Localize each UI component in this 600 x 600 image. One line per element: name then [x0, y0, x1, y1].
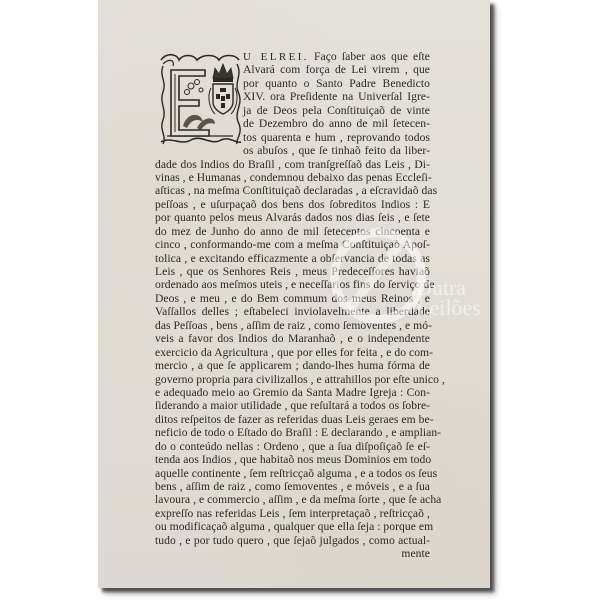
text-line: dade dos Indios do Braſil , com tranſgre… — [155, 158, 430, 171]
catchword: mente — [155, 547, 430, 560]
text-line: neficio de todo o Eſtado do Braſil : E d… — [155, 426, 430, 439]
document-text: U ELREI. Faço ſaber aos que eſte Alvará … — [155, 50, 430, 561]
viewer-stage: U ELREI. Faço ſaber aos que eſte Alvará … — [0, 0, 600, 600]
text-line: Leis , que os Senhores Reis , meus Prede… — [155, 265, 430, 278]
opening-caps: U ELREI. — [243, 51, 309, 63]
text-line: exercicio da Agricultura , que por elles… — [155, 346, 430, 359]
text-line: XIV. ora Preſidente na Univerſal Igre- — [243, 90, 430, 103]
text-line: veis a favor dos Indios do Maranhaõ , e … — [155, 332, 430, 345]
text-line: peſſoas , e uſurpaçaõ dos bens dos ſobre… — [155, 198, 430, 211]
text-line: tos quarenta e hum , reprovando todos — [243, 131, 430, 144]
text-line: aquelle continente , ſem reſtricçaõ algu… — [155, 467, 430, 480]
text-line: U ELREI. Faço ſaber aos que eſte — [243, 50, 430, 63]
text-line: os abuſos , que ſe tinhaõ feito da liber… — [243, 144, 430, 157]
text-line: expreſſo nas referidas Leis , ſem interp… — [155, 507, 430, 520]
text-line: aſticas , na meſma Conſtituiçaõ declarad… — [155, 184, 430, 197]
document-page: U ELREI. Faço ſaber aos que eſte Alvará … — [98, 0, 490, 588]
text-line: tenda aos Indios , que habitaõ nos meus … — [155, 453, 430, 466]
text-line: ſiderando a maior utilidade , que reſult… — [155, 399, 430, 412]
text-line: bens , aſſim de raiz , como ſemoventes ,… — [155, 480, 430, 493]
text-line: Vaſſallos delles ; eſtabeleci inviolavel… — [155, 305, 430, 318]
text-line: do o conteúdo nellas : Ordeno , que a ſu… — [155, 440, 430, 453]
text-line: por quanto pelos meus Alvarás dados nos … — [155, 211, 430, 224]
text-line: lavoura , e commercio , aſſim , e da meſ… — [155, 493, 430, 506]
text-line: das Peſſoas , bens , aſſim de raiz , com… — [155, 319, 430, 332]
text-line: por quanto o Santo Padre Benedicto — [243, 77, 430, 90]
text-line: tolica , e excitando efficazmente a obſe… — [155, 252, 430, 265]
text-line: ditos reſpeitos de fazer as referidas du… — [155, 413, 430, 426]
text-line: ordenado aos meſmos uteis , e neceſſario… — [155, 278, 430, 291]
text-line: Deos , e meu , e do Bem commum dos meus … — [155, 292, 430, 305]
text-line: cinco , conformando-me com a meſma Conſt… — [155, 238, 430, 251]
text-line: do mez de Junho do anno de mil ſetecento… — [155, 225, 430, 238]
text-line: ja de Deos pela Conſtituiçaõ de vinte — [243, 104, 430, 117]
text-line: tudo , e por tudo quero , que ſejaõ julg… — [155, 534, 430, 547]
text-line: vinas , e Humanas , condemnou debaixo da… — [155, 171, 430, 184]
text-line: de Dezembro do anno de mil ſetecen- — [243, 117, 430, 130]
text-line: Alvará com força de Lei virem , que — [243, 63, 430, 76]
text-line: ou modificaçaõ alguma , qualquer que ell… — [155, 520, 430, 533]
text-line: governo propria para civilizallos , e at… — [155, 373, 430, 386]
text-line: e adequado meio ao Gremio da Santa Madre… — [155, 386, 430, 399]
text-line: mercio , a que ſe applicarem ; dando-lhe… — [155, 359, 430, 372]
